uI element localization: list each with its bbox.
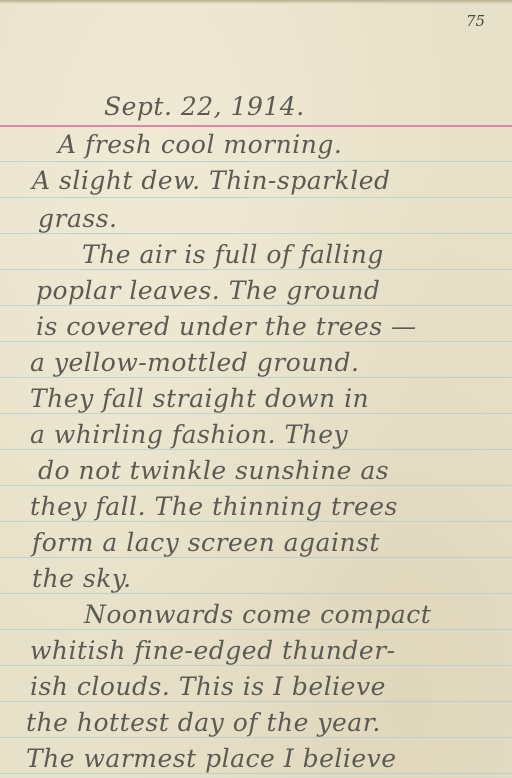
- ruled-line: [0, 161, 512, 162]
- ruled-line: [0, 593, 512, 594]
- ruled-line: [0, 413, 512, 414]
- ruled-line: [0, 737, 512, 738]
- ruled-line: [0, 197, 512, 198]
- text-line: The air is full of falling: [82, 240, 384, 269]
- text-line: is covered under the trees —: [36, 312, 417, 341]
- ruled-line: [0, 341, 512, 342]
- ruled-line: [0, 629, 512, 630]
- text-line: poplar leaves. The ground: [36, 276, 380, 305]
- text-line: grass.: [38, 204, 117, 233]
- text-line: A fresh cool morning.: [58, 130, 342, 159]
- text-line: form a lacy screen against: [32, 528, 380, 557]
- text-line: they fall. The thinning trees: [30, 492, 398, 521]
- ruled-line: [0, 773, 512, 774]
- ruled-line: [0, 305, 512, 306]
- entry-date: Sept. 22, 1914.: [104, 92, 305, 121]
- ruled-line: [0, 665, 512, 666]
- text-line: the hottest day of the year.: [26, 708, 381, 737]
- ruled-line: [0, 449, 512, 450]
- pink-margin-line: [0, 125, 512, 127]
- text-line: a yellow-mottled ground.: [30, 348, 359, 377]
- text-line: They fall straight down in: [30, 384, 369, 413]
- ruled-line: [0, 377, 512, 378]
- ruled-line: [0, 557, 512, 558]
- text-line: the sky.: [32, 564, 132, 593]
- page-number: 75: [466, 12, 485, 30]
- ruled-line: [0, 701, 512, 702]
- journal-page: 75 Sept. 22, 1914. A fresh cool morning.…: [0, 0, 512, 778]
- text-line: ish clouds. This is I believe: [30, 672, 386, 701]
- ruled-line: [0, 485, 512, 486]
- page-top-edge: [0, 0, 512, 4]
- text-line: The warmest place I believe: [26, 744, 397, 773]
- text-line: whitish fine-edged thunder-: [30, 636, 396, 665]
- text-line: a whirling fashion. They: [30, 420, 348, 449]
- text-line: do not twinkle sunshine as: [38, 456, 389, 485]
- text-line: A slight dew. Thin-sparkled: [32, 166, 391, 195]
- ruled-line: [0, 521, 512, 522]
- ruled-line: [0, 233, 512, 234]
- ruled-line: [0, 269, 512, 270]
- text-line: Noonwards come compact: [84, 600, 431, 629]
